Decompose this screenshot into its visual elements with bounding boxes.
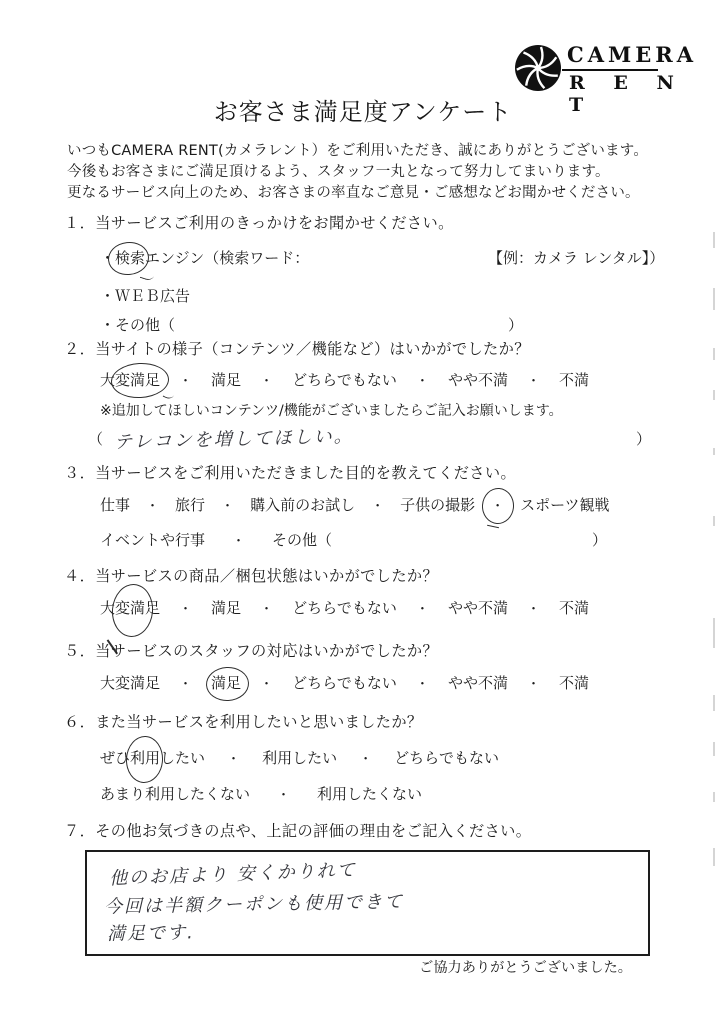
separator-dot: ・ xyxy=(359,748,372,767)
footer-thanks: ご協力ありがとうございました。 xyxy=(0,957,632,977)
q1-search-label: エンジン（検索ワード： xyxy=(145,247,309,268)
q5-scale-fuman: 不満 xyxy=(559,672,589,693)
question-1-text: 当サービスご利用のきっかけをお聞かせください。 xyxy=(95,212,454,233)
scan-artifact xyxy=(713,742,715,756)
q7-handwritten-line-1: 他のお店より 安くかりれて xyxy=(109,856,357,891)
handwritten-circle-q1: 検索 xyxy=(115,247,145,268)
handwritten-circle-q6: 利用 xyxy=(130,747,160,768)
question-3-number: ３． xyxy=(64,462,95,483)
separator-dot: ・ xyxy=(232,530,245,549)
camera-aperture-icon xyxy=(514,44,562,92)
question-4-number: ４． xyxy=(64,565,95,586)
question-7-number: ７． xyxy=(64,820,95,841)
separator-dot: ・ xyxy=(416,598,429,617)
separator-dot: ・ xyxy=(277,784,290,803)
q6-option-rather-not: あまり利用したくない xyxy=(100,783,250,804)
question-1-label: １． 当サービスご利用のきっかけをお聞かせください。 xyxy=(64,212,454,233)
intro-paragraph: いつもCAMERA RENT(カメラレント）をご利用いただき、誠にありがとうござ… xyxy=(67,141,648,204)
survey-scan-page: CAMERA R E N T お客さま満足度アンケート いつもCAMERA RE… xyxy=(0,0,726,1024)
question-7-label: ７． その他お気づきの点や、上記の評価の理由をご記入ください。 xyxy=(64,820,531,841)
page-title: お客さま満足度アンケート xyxy=(0,92,726,127)
handwritten-circle-q2: 大変満足 xyxy=(100,369,160,390)
separator-dot: ・ xyxy=(527,673,540,692)
q2-scale-fuman: 不満 xyxy=(559,369,589,390)
logo-divider xyxy=(562,69,658,71)
brand-name-camera: CAMERA xyxy=(567,42,697,67)
q5-scale-row: 大変満足 ・ 満足 ・ どちらでもない ・ やや不満 ・ 不満 xyxy=(100,672,589,693)
separator-dot: ・ xyxy=(260,370,273,389)
q6-option-do-not-want: 利用したくない xyxy=(317,783,422,804)
separator-dot: ・ xyxy=(227,748,240,767)
q6-options-row-2: あまり利用したくない ・ 利用したくない xyxy=(100,783,422,804)
question-6-number: ６． xyxy=(64,711,95,732)
separator-dot: ・ xyxy=(416,370,429,389)
q5-scale-neutral: どちらでもない xyxy=(292,672,397,693)
separator-dot: ・ xyxy=(527,370,540,389)
question-2-number: ２． xyxy=(64,338,95,359)
question-5-text: 当サービスのスタッフの対応はいかがでしたか？ xyxy=(95,640,438,661)
q5-scale-daihen-manzoku: 大変満足 xyxy=(100,672,160,693)
handwritten-circle-q5: 満足 xyxy=(211,672,241,693)
handwritten-circle-q3: ・ xyxy=(491,495,504,514)
q3-option-travel: 旅行 xyxy=(175,494,205,515)
q1-option-other: ・その他（ xyxy=(100,314,175,335)
scan-artifact xyxy=(713,792,715,802)
q2-scale-row: 大変満足 ・ 満足 ・ どちらでもない ・ やや不満 ・ 不満 xyxy=(100,369,589,390)
q4-scale-yaya-fuman: やや不満 xyxy=(448,597,508,618)
separator-dot: ・ xyxy=(221,495,234,514)
q4-scale-row: 大変満足 ・ 満足 ・ どちらでもない ・ やや不満 ・ 不満 xyxy=(100,597,589,618)
separator-dot: ・ xyxy=(146,495,159,514)
scan-artifact xyxy=(713,448,715,455)
q4-scale-fuman: 不満 xyxy=(559,597,589,618)
q6-definitely-post: したい xyxy=(160,749,205,767)
intro-line-1: いつもCAMERA RENT(カメラレント）をご利用いただき、誠にありがとうござ… xyxy=(67,141,648,162)
q6-option-neutral: どちらでもない xyxy=(394,747,499,768)
separator-dot: ・ xyxy=(260,598,273,617)
q6-definitely-pre: ぜひ xyxy=(100,749,130,767)
q3-option-trial: 購入前のお試し xyxy=(250,494,355,515)
q1-option-search-engine: ・ 検索 エンジン（検索ワード： xyxy=(100,247,309,268)
q1-search-bullet: ・ xyxy=(100,247,115,268)
scan-artifact xyxy=(713,348,715,360)
intro-line-2: 今後もお客さまにご満足頂けるよう、スタッフ一丸となって努力してまいります。 xyxy=(67,162,648,183)
q1-search-example: 【例：カメラ レンタル】） xyxy=(488,247,664,268)
q5-scale-yaya-fuman: やや不満 xyxy=(448,672,508,693)
q6-option-definitely: ぜひ利用したい xyxy=(100,747,205,768)
separator-dot: ・ xyxy=(371,495,384,514)
q3-option-work: 仕事 xyxy=(100,494,130,515)
question-2-label: ２． 当サイトの様子（コンテンツ／機能など）はいかがでしたか？ xyxy=(64,338,530,359)
scan-artifact xyxy=(713,516,715,526)
q3-options-row-1: 仕事 ・ 旅行 ・ 購入前のお試し ・ 子供の撮影 ・ スポーツ観戦 xyxy=(100,494,610,515)
q1-other-close-paren: ） xyxy=(508,314,523,335)
question-6-label: ６． また当サービスを利用したいと思いましたか？ xyxy=(64,711,423,732)
separator-dot: ・ xyxy=(527,598,540,617)
q2-scale-manzoku: 満足 xyxy=(211,369,241,390)
scan-artifact xyxy=(713,288,715,310)
q7-comment-box: 他のお店より 安くかりれて 今回は半額クーポンも使用できて 満足です. xyxy=(85,850,650,956)
q2-answer-open-paren: （ xyxy=(88,428,103,449)
scan-artifact xyxy=(713,618,715,648)
scan-artifact xyxy=(713,232,715,248)
question-4-label: ４． 当サービスの商品／梱包状態はいかがでしたか？ xyxy=(64,565,438,586)
q4-scale-neutral: どちらでもない xyxy=(292,597,397,618)
q7-handwritten-line-3: 満足です. xyxy=(107,918,195,946)
q3-option-other: その他（ xyxy=(272,529,332,550)
q1-option-web-ad: ・ＷＥＢ広告 xyxy=(100,285,190,306)
question-3-text: 当サービスをご利用いただきました目的を教えてください。 xyxy=(95,462,516,483)
question-2-text: 当サイトの様子（コンテンツ／機能など）はいかがでしたか？ xyxy=(95,338,530,359)
q2-handwritten-answer: テレコンを増してほしい。 xyxy=(114,422,354,454)
q3-option-kids-photo: 子供の撮影 xyxy=(400,494,475,515)
separator-dot: ・ xyxy=(179,370,192,389)
q3-other-close-paren: ） xyxy=(592,529,607,550)
q6-options-row-1: ぜひ利用したい ・ 利用したい ・ どちらでもない xyxy=(100,747,499,768)
q3-option-sports: スポーツ観戦 xyxy=(520,494,609,515)
q6-option-want-to-use: 利用したい xyxy=(262,747,337,768)
question-6-text: また当サービスを利用したいと思いましたか？ xyxy=(95,711,422,732)
q2-scale-yaya-fuman: やや不満 xyxy=(448,369,508,390)
question-3-label: ３． 当サービスをご利用いただきました目的を教えてください。 xyxy=(64,462,516,483)
separator-dot: ・ xyxy=(416,673,429,692)
q2-note: ※追加してほしいコンテンツ/機能がございましたらご記入お願いします。 xyxy=(100,400,563,420)
intro-line-3: 更なるサービス向上のため、お客さまの率直なご意見・ご感想などお聞かせください。 xyxy=(67,183,648,204)
q4-scale-manzoku: 満足 xyxy=(211,597,241,618)
scan-artifact xyxy=(713,848,715,866)
handwritten-circle-q4: 大変満足 xyxy=(100,597,160,618)
question-5-number: ５． xyxy=(64,640,95,661)
separator-dot: ・ xyxy=(179,673,192,692)
question-1-number: １． xyxy=(64,212,95,233)
separator-dot: ・ xyxy=(179,598,192,617)
scan-artifact xyxy=(713,390,715,400)
q2-answer-close-paren: ） xyxy=(636,428,651,449)
question-5-label: ５． 当サービスのスタッフの対応はいかがでしたか？ xyxy=(64,640,438,661)
q3-option-event: イベントや行事 xyxy=(100,529,205,550)
question-7-text: その他お気づきの点や、上記の評価の理由をご記入ください。 xyxy=(95,820,531,841)
q7-handwritten-line-2: 今回は半額クーポンも使用できて xyxy=(104,887,404,918)
scan-artifact xyxy=(713,695,715,711)
q3-options-row-2: イベントや行事 ・ その他（ xyxy=(100,529,332,550)
question-4-text: 当サービスの商品／梱包状態はいかがでしたか？ xyxy=(95,565,438,586)
q2-scale-neutral: どちらでもない xyxy=(292,369,397,390)
separator-dot: ・ xyxy=(260,673,273,692)
